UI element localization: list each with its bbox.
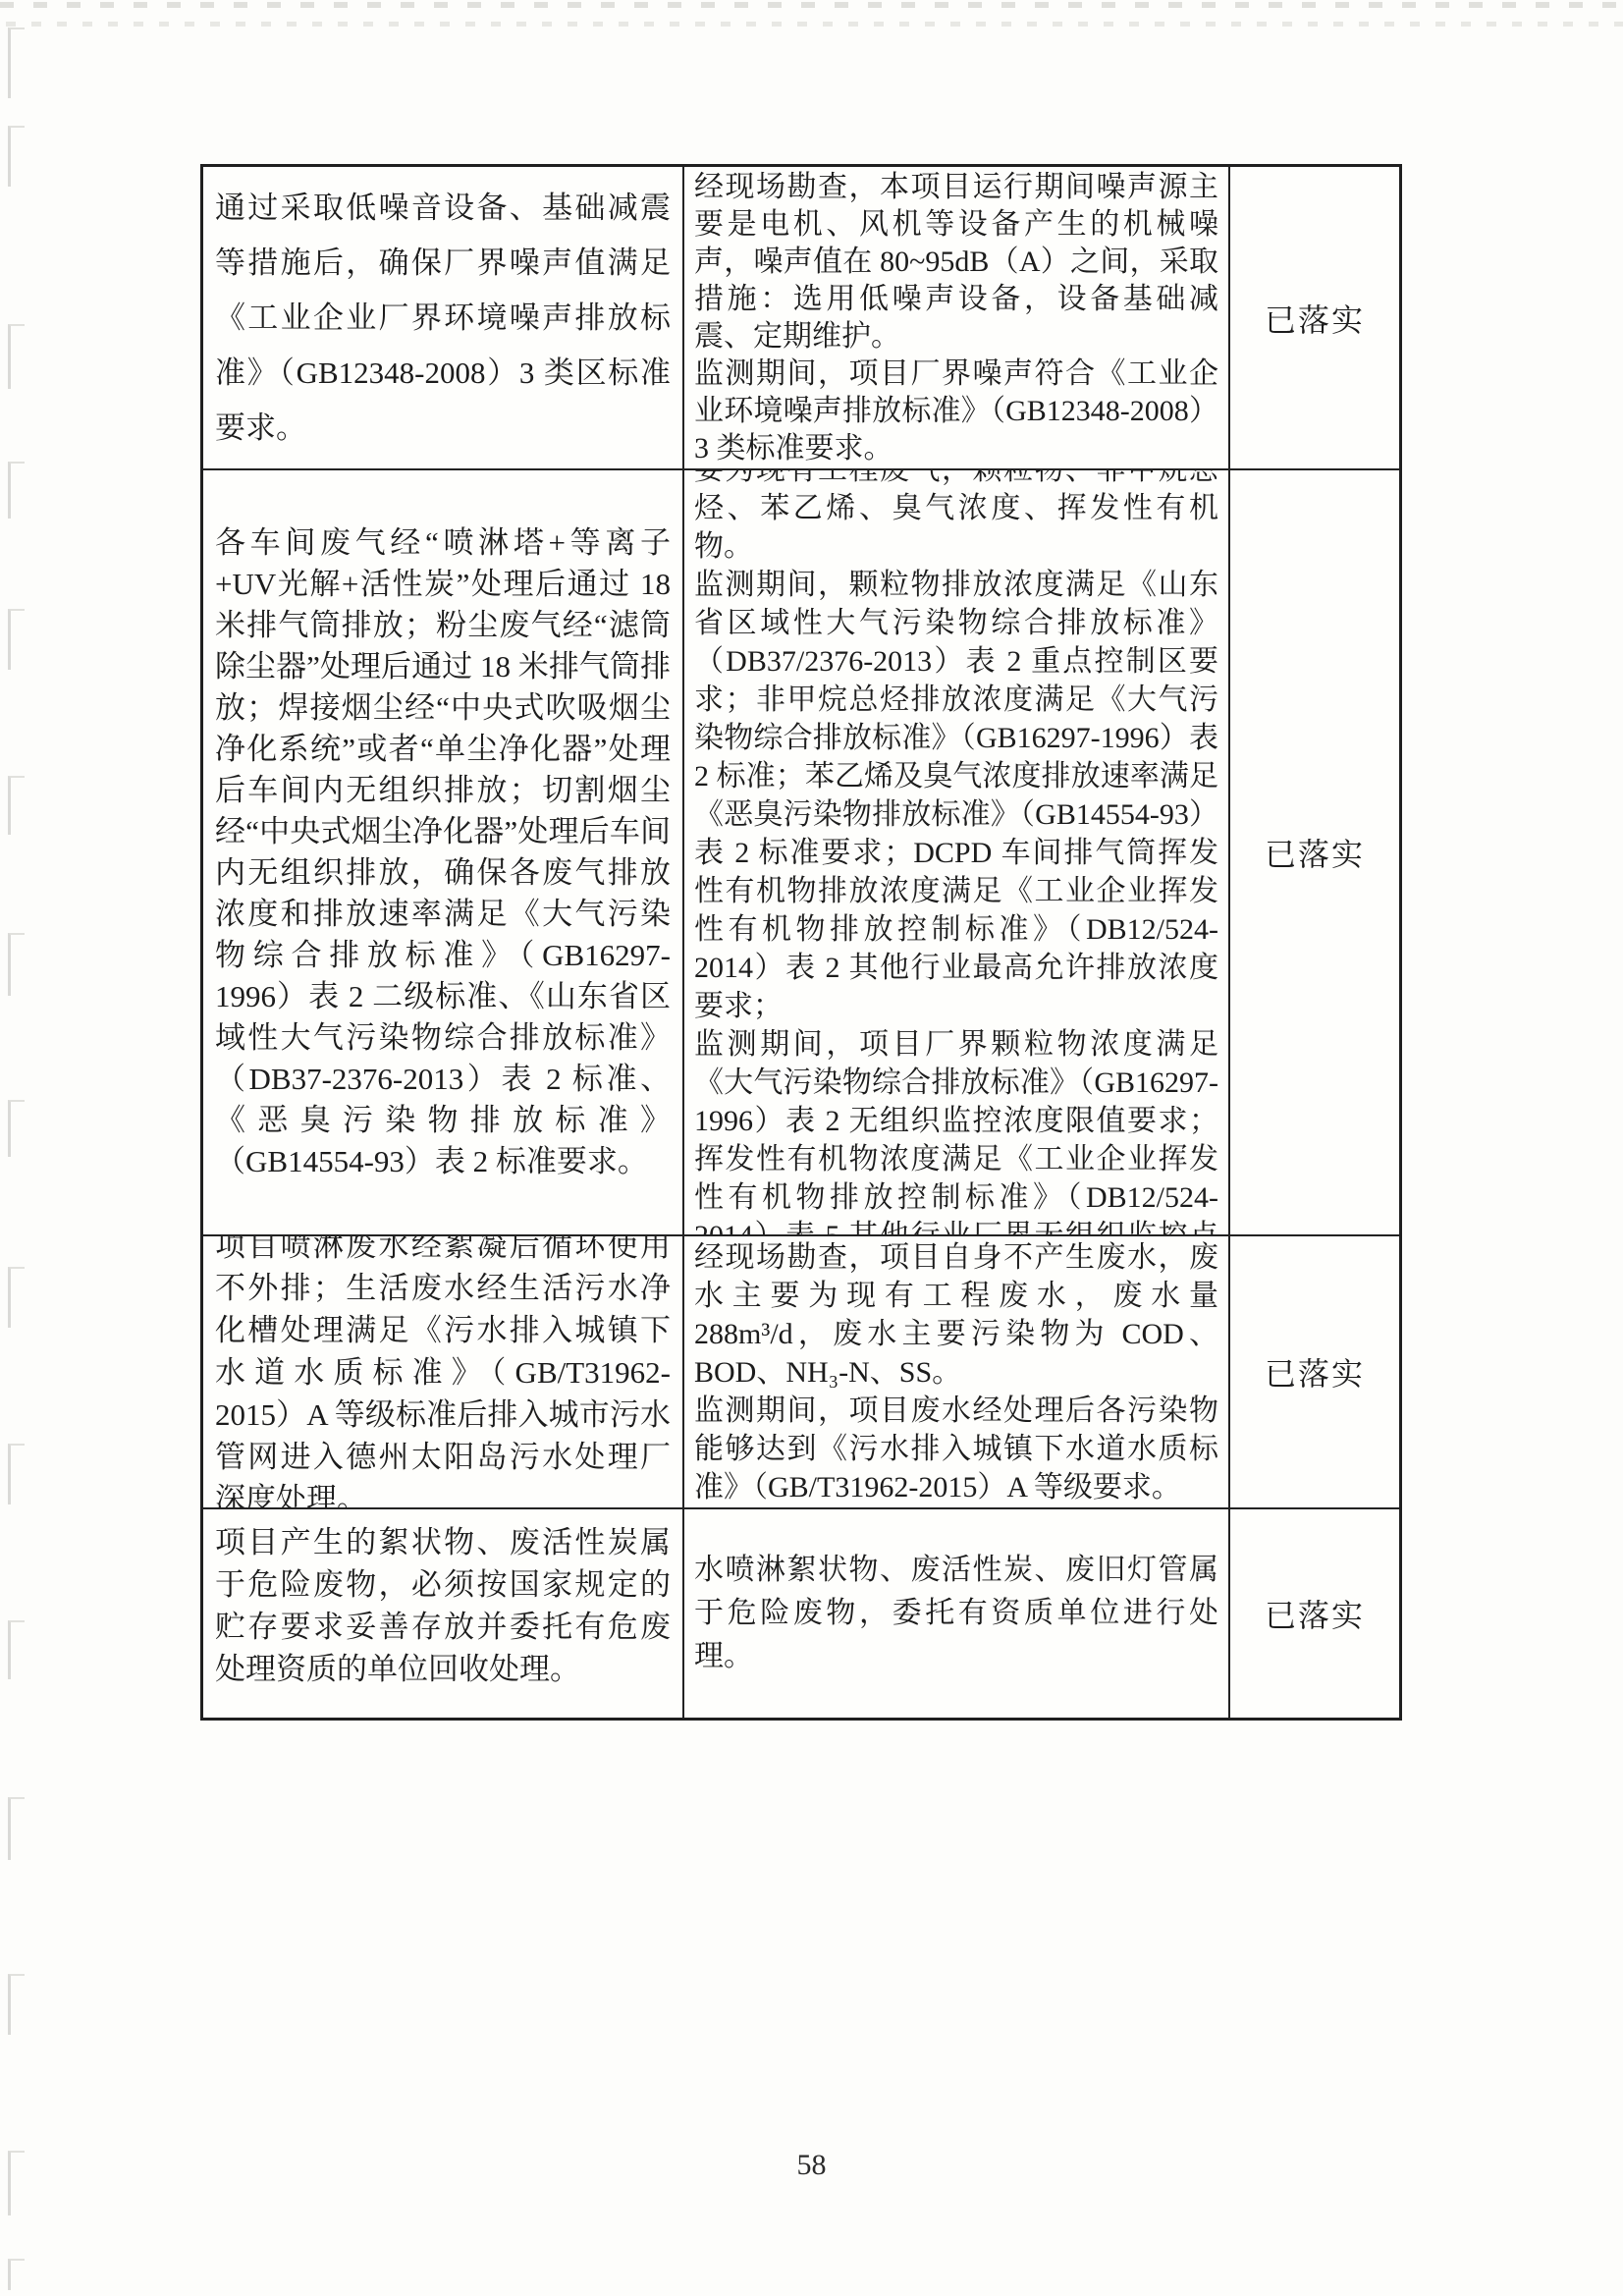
scan-artifact — [8, 126, 25, 187]
measure-cell-hazwaste: 项目产生的絮状物、废活性炭属于危险废物，必须按国家规定的贮存要求妥善存放并委托有… — [203, 1509, 684, 1718]
result-text-hazwaste: 水喷淋絮状物、废活性炭、废旧灯管属于危险废物，委托有资质单位进行处理。 — [694, 1549, 1218, 1678]
scan-artifact — [8, 1444, 25, 1504]
status-text-hazwaste: 已落实 — [1265, 1591, 1365, 1636]
status-text-gas: 已落实 — [1265, 830, 1365, 875]
measure-text-gas: 各车间废气经“喷淋塔+等离子+UV光解+活性炭”处理后通过 18 米排气筒排放；… — [215, 522, 671, 1182]
result-cell-noise: 经现场勘查，本项目运行期间噪声源主要是电机、风机等设备产生的机械噪声，噪声值在 … — [684, 167, 1230, 470]
status-cell-gas: 已落实 — [1230, 470, 1399, 1236]
status-text-wastewater: 已落实 — [1265, 1349, 1365, 1394]
status-text-noise: 已落实 — [1265, 296, 1365, 341]
measure-cell-wastewater: 项目喷淋废水经絮凝后循环使用不外排；生活废水经生活污水净化槽处理满足《污水排入城… — [203, 1236, 684, 1509]
compliance-table: 通过采取低噪音设备、基础减震等措施后，确保厂界噪声值满足《工业企业厂界环境噪声排… — [200, 164, 1402, 1721]
result-cell-gas: 经现场勘查，项目无新增废气，废气主要为现有工程废气，颗粒物、非甲烷总烃、苯乙烯、… — [684, 470, 1230, 1236]
scan-artifact — [8, 1100, 25, 1157]
scan-artifact — [8, 1267, 25, 1328]
status-cell-hazwaste: 已落实 — [1230, 1509, 1399, 1718]
measure-text-hazwaste: 项目产生的絮状物、废活性炭属于危险废物，必须按国家规定的贮存要求妥善存放并委托有… — [215, 1521, 671, 1690]
scan-artifact — [8, 324, 25, 389]
scan-artifact — [8, 27, 25, 98]
result-text-gas: 经现场勘查，项目无新增废气，废气主要为现有工程废气，颗粒物、非甲烷总烃、苯乙烯、… — [694, 470, 1218, 1236]
scan-artifact — [8, 1974, 25, 2035]
measure-cell-gas: 各车间废气经“喷淋塔+等离子+UV光解+活性炭”处理后通过 18 米排气筒排放；… — [203, 470, 684, 1236]
scan-noise-strip — [0, 0, 1623, 33]
status-cell-wastewater: 已落实 — [1230, 1236, 1399, 1509]
measure-text-noise: 通过采取低噪音设备、基础减震等措施后，确保厂界噪声值满足《工业企业厂界环境噪声排… — [215, 181, 671, 456]
scan-artifact — [8, 2259, 25, 2290]
scan-artifact — [8, 462, 25, 519]
result-cell-hazwaste: 水喷淋絮状物、废活性炭、废旧灯管属于危险废物，委托有资质单位进行处理。 — [684, 1509, 1230, 1718]
scan-artifact — [8, 1620, 25, 1679]
measure-text-wastewater: 项目喷淋废水经絮凝后循环使用不外排；生活废水经生活污水净化槽处理满足《污水排入城… — [215, 1236, 671, 1509]
scan-artifact — [8, 1797, 25, 1860]
scan-artifact — [8, 933, 25, 996]
scan-artifact — [8, 776, 25, 835]
scan-artifact — [8, 609, 25, 670]
result-text-wastewater: 经现场勘查，项目自身不产生废水，废水主要为现有工程废水，废水量 288m³/d，… — [694, 1238, 1218, 1506]
result-text-noise: 经现场勘查，本项目运行期间噪声源主要是电机、风机等设备产生的机械噪声，噪声值在 … — [694, 169, 1218, 467]
status-cell-noise: 已落实 — [1230, 167, 1399, 470]
page-number: 58 — [0, 2149, 1623, 2182]
measure-cell-noise: 通过采取低噪音设备、基础减震等措施后，确保厂界噪声值满足《工业企业厂界环境噪声排… — [203, 167, 684, 470]
result-cell-wastewater: 经现场勘查，项目自身不产生废水，废水主要为现有工程废水，废水量 288m³/d，… — [684, 1236, 1230, 1509]
